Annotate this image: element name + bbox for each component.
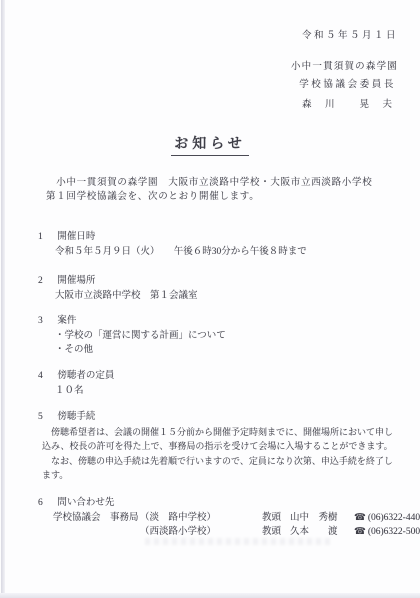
notice-title: お知らせ xyxy=(171,133,249,156)
sender-name: 森 川 晃 夫 xyxy=(291,99,398,111)
procedure-line-4: ます。 xyxy=(0,468,408,483)
contact-role: 教頭 xyxy=(262,525,290,540)
contact-office-label: 学校協議会 事務局 xyxy=(53,511,140,526)
phone-icon: ☎ xyxy=(354,513,366,523)
contact-school: （西淡路小学校） xyxy=(140,525,262,540)
intro-line-2: 第１回学校協議会を、次のとおり開催します。 xyxy=(46,190,402,204)
item-detail: 令和５年５月９日（火） 午後６時30分から午後８時まで xyxy=(0,245,408,260)
item-meeting-place: 2 開催場所 大阪市立淡路中学校 第１会議室 xyxy=(0,274,408,303)
contact-name: 山中 秀樹 xyxy=(290,511,354,526)
item-heading: 問い合わせ先 xyxy=(57,498,114,508)
intro-paragraph: 小中一貫須賀の森学園 大阪市立淡路中学校・大阪市立西淡路小学校 第１回学校協議会… xyxy=(46,176,402,204)
procedure-line-3: なお、傍聴の申込手続は先着順で行いますので、定員になり次第、申込手続を終了し xyxy=(0,454,408,469)
phone-number: (06)6322-4401 xyxy=(368,513,420,523)
scan-bottom-edge-shadow xyxy=(0,593,420,598)
document-page: 令和５年５月１日 小中一貫須賀の森学園 学校協議会委員長 森 川 晃 夫 お知ら… xyxy=(0,0,420,598)
title-row: お知らせ xyxy=(0,133,420,156)
sender-role: 学校協議会委員長 xyxy=(291,79,398,91)
item-heading: 開催場所 xyxy=(57,276,95,286)
contact-phone: ☎(06)6322-4401 xyxy=(354,511,420,526)
contact-school: （淡 路中学校） xyxy=(140,511,262,526)
item-number: 3 xyxy=(38,314,55,329)
item-heading: 傍聴者の定員 xyxy=(57,371,114,381)
item-contact: 6 問い合わせ先 学校協議会 事務局 （淡 路中学校） 教頭 山中 秀樹 ☎(0… xyxy=(0,496,408,540)
item-heading: 案件 xyxy=(57,316,76,326)
item-number: 1 xyxy=(38,230,55,245)
item-number: 6 xyxy=(38,496,55,511)
contact-role: 教頭 xyxy=(262,511,290,526)
item-detail: 大阪市立淡路中学校 第１会議室 xyxy=(0,289,408,304)
procedure-line-1: 傍聴希望者は、会議の開催１５分前から開催予定時刻までに、開催場所において申し xyxy=(0,425,408,440)
contact-name: 久本 渡 xyxy=(290,525,354,540)
contact-table: 学校協議会 事務局 （淡 路中学校） 教頭 山中 秀樹 ☎(06)6322-44… xyxy=(53,511,408,540)
agenda-bullet-1: ・学校の「運営に関する計画」について xyxy=(0,329,408,344)
item-number: 2 xyxy=(38,274,55,289)
phone-icon: ☎ xyxy=(354,527,366,537)
item-agenda: 3 案件 ・学校の「運営に関する計画」について ・その他 xyxy=(0,314,408,358)
item-heading: 傍聴手続 xyxy=(57,412,95,422)
issue-date: 令和５年５月１日 xyxy=(291,30,398,42)
letter-header: 令和５年５月１日 小中一貫須賀の森学園 学校協議会委員長 森 川 晃 夫 xyxy=(291,30,398,111)
organization-name: 小中一貫須賀の森学園 xyxy=(291,61,398,73)
item-observer-capacity: 4 傍聴者の定員 １０名 xyxy=(0,369,408,398)
agenda-bullet-2: ・その他 xyxy=(0,343,408,358)
contact-office-label-spacer xyxy=(53,525,140,540)
intro-line-1: 小中一貫須賀の森学園 大阪市立淡路中学校・大阪市立西淡路小学校 xyxy=(46,176,402,190)
item-detail: １０名 xyxy=(0,384,408,399)
item-heading: 開催日時 xyxy=(57,232,95,242)
item-number: 5 xyxy=(38,410,55,425)
item-observation-procedure: 5 傍聴手続 傍聴希望者は、会議の開催１５分前から開催予定時刻までに、開催場所に… xyxy=(0,410,408,483)
item-meeting-datetime: 1 開催日時 令和５年５月９日（火） 午後６時30分から午後８時まで xyxy=(0,230,408,259)
contact-phone: ☎(06)6322-5000 xyxy=(354,525,420,540)
phone-number: (06)6322-5000 xyxy=(368,527,420,537)
item-number: 4 xyxy=(38,369,55,384)
procedure-line-2: 込み、校長の許可を得た上で、事務局の指示を受けて会場に入場することができます。 xyxy=(0,439,408,454)
